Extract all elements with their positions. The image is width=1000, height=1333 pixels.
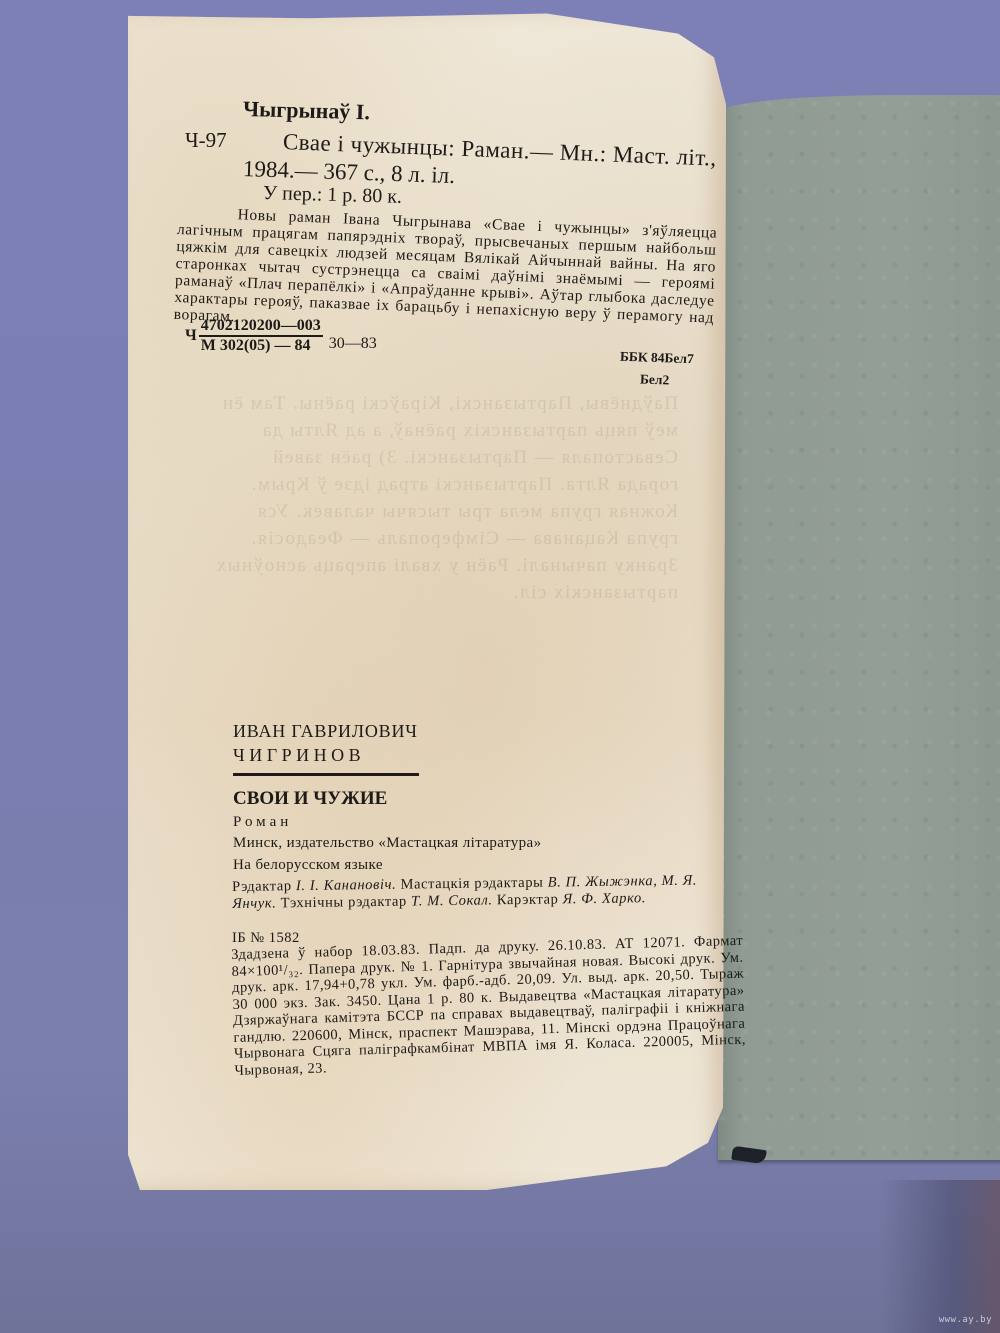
book-genre: Роман xyxy=(233,814,292,831)
classification-code: Ч-97 xyxy=(185,128,227,153)
printing-imprint: Здадзена ў набор 18.03.83. Падп. да друк… xyxy=(231,933,746,1079)
art-editors-label: Мастацкія рэдактары xyxy=(400,875,543,893)
bbk-secondary-code: Бел2 xyxy=(640,371,670,388)
author-name-last: ЧИГРИНОВ xyxy=(233,745,365,766)
proofreader-name: Я. Ф. Харко. xyxy=(563,890,647,907)
isbn-fraction: Ч4702120200—003М 302(05) — 8430—83 xyxy=(185,317,377,355)
proofreader-label: Карэктар xyxy=(497,891,559,908)
author-name-first: ИВАН ГАВРИЛОВИЧ xyxy=(233,721,418,742)
book-title: СВОИ И ЧУЖИЕ xyxy=(233,788,387,810)
divider-rule xyxy=(233,773,419,776)
isbn-denominator: М 302(05) — 84 xyxy=(199,337,323,355)
isbn-prefix: Ч xyxy=(185,327,197,344)
annotation-text: Новы раман Івана Чыгрынава «Свае і чужын… xyxy=(173,206,717,326)
isbn-suffix: 30—83 xyxy=(329,335,377,352)
editorial-credits: Рэдактар I. I. Канановіч. Мастацкія рэда… xyxy=(232,872,742,913)
site-watermark: www.ay.by xyxy=(939,1315,992,1325)
tech-editor-name: Т. М. Сокал. xyxy=(411,892,493,909)
isbn-fraction-body: 4702120200—003М 302(05) — 84 xyxy=(199,317,323,355)
catalog-price-line: У пер.: 1 р. 80 к. xyxy=(263,182,403,209)
editor-name: I. I. Канановіч. xyxy=(296,877,397,894)
editor-label: Рэдактар xyxy=(232,878,292,895)
book-cover xyxy=(718,95,1000,1160)
bbk-code: ББК 84Бел7 xyxy=(620,349,694,368)
bleed-through-text: Паўднёвы, Партызанскі, Кіраўскі раёны. Т… xyxy=(208,390,678,606)
language-line: На белорусском языке xyxy=(233,857,383,874)
background-shadow xyxy=(880,1180,1000,1333)
isbn-numerator: 4702120200—003 xyxy=(199,317,323,337)
tech-editor-label: Тэхнічны рэдактар xyxy=(281,894,407,912)
catalog-author: Чыгрынаў I. xyxy=(243,96,371,125)
publisher-line: Минск, издательство «Мастацкая літаратур… xyxy=(233,835,541,852)
